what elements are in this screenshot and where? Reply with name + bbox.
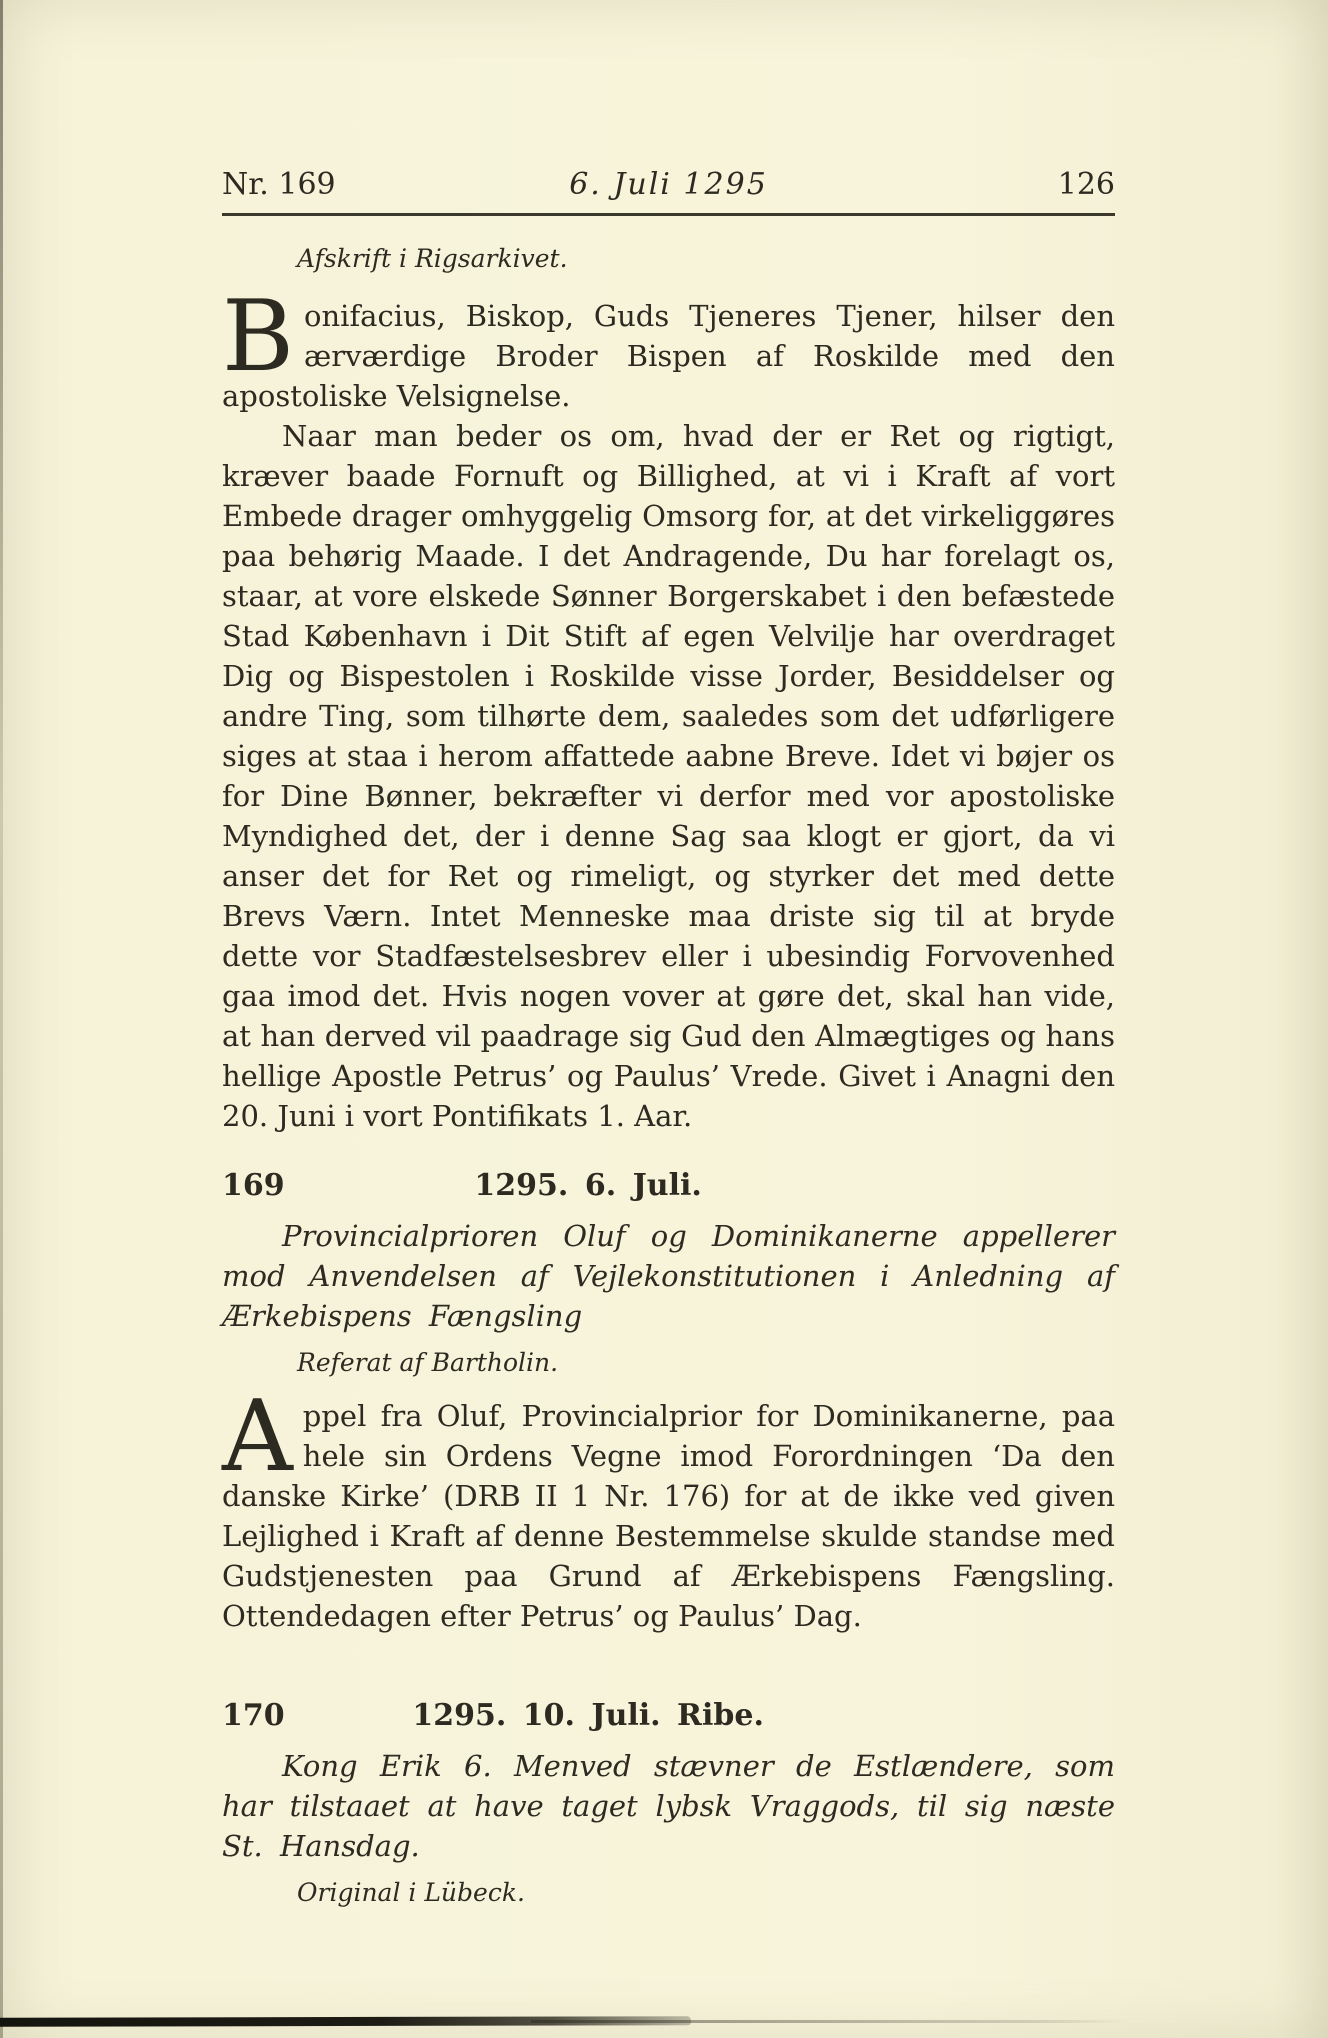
entry-169-date: 1295. 6. Juli. — [474, 1166, 701, 1206]
entry-169-source-note: Referat af Bartholin. — [222, 1346, 1115, 1380]
letter-opening-text: onifacius, Biskop, Guds Tjeneres Tjener,… — [222, 299, 1115, 413]
running-header: Nr. 169 6. Juli 1295 126 — [222, 165, 1115, 205]
letter-source-note: Afskrift i Rigsarkivet. — [222, 242, 1115, 276]
letter-body-paragraph: Naar man beder os om, hvad der er Ret og… — [222, 416, 1115, 1136]
letter-opening-paragraph: Bonifacius, Biskop, Guds Tjeneres Tjener… — [222, 296, 1115, 416]
dropcap-letter-b: B — [222, 298, 294, 376]
header-entry-number: Nr. 169 — [222, 165, 336, 205]
entry-170-heading: 170 1295. 10. Juli. Ribe. — [222, 1696, 1115, 1736]
entry-169-body: Appel fra Oluf, Provincialprior for Domi… — [222, 1396, 1115, 1636]
scan-left-edge-artifact — [0, 0, 3, 2038]
entry-169-summary: Provincialprioren Oluf og Dominikanerne … — [222, 1216, 1115, 1336]
entry-170-date: 1295. 10. Juli. Ribe. — [412, 1696, 764, 1736]
entry-169-heading: 169 1295. 6. Juli. — [222, 1166, 1115, 1206]
dropcap-letter-a: A — [222, 1398, 293, 1476]
header-page-number: 126 — [1058, 165, 1115, 205]
entry-170-number: 170 — [222, 1696, 285, 1736]
page-content: Nr. 169 6. Juli 1295 126 Afskrift i Rigs… — [222, 165, 1115, 1910]
header-rule — [222, 213, 1115, 216]
entry-170-summary: Kong Erik 6. Menved stævner de Estlænder… — [222, 1746, 1115, 1866]
header-date: 6. Juli 1295 — [569, 165, 768, 205]
entry-169-body-text: ppel fra Oluf, Provincialprior for Domin… — [222, 1399, 1115, 1633]
scan-bottom-edge-artifact-faint — [531, 2020, 1129, 2023]
entry-169-number: 169 — [222, 1166, 285, 1206]
entry-170-source-note: Original i Lübeck. — [222, 1876, 1115, 1910]
book-page: Nr. 169 6. Juli 1295 126 Afskrift i Rigs… — [0, 0, 1328, 2038]
